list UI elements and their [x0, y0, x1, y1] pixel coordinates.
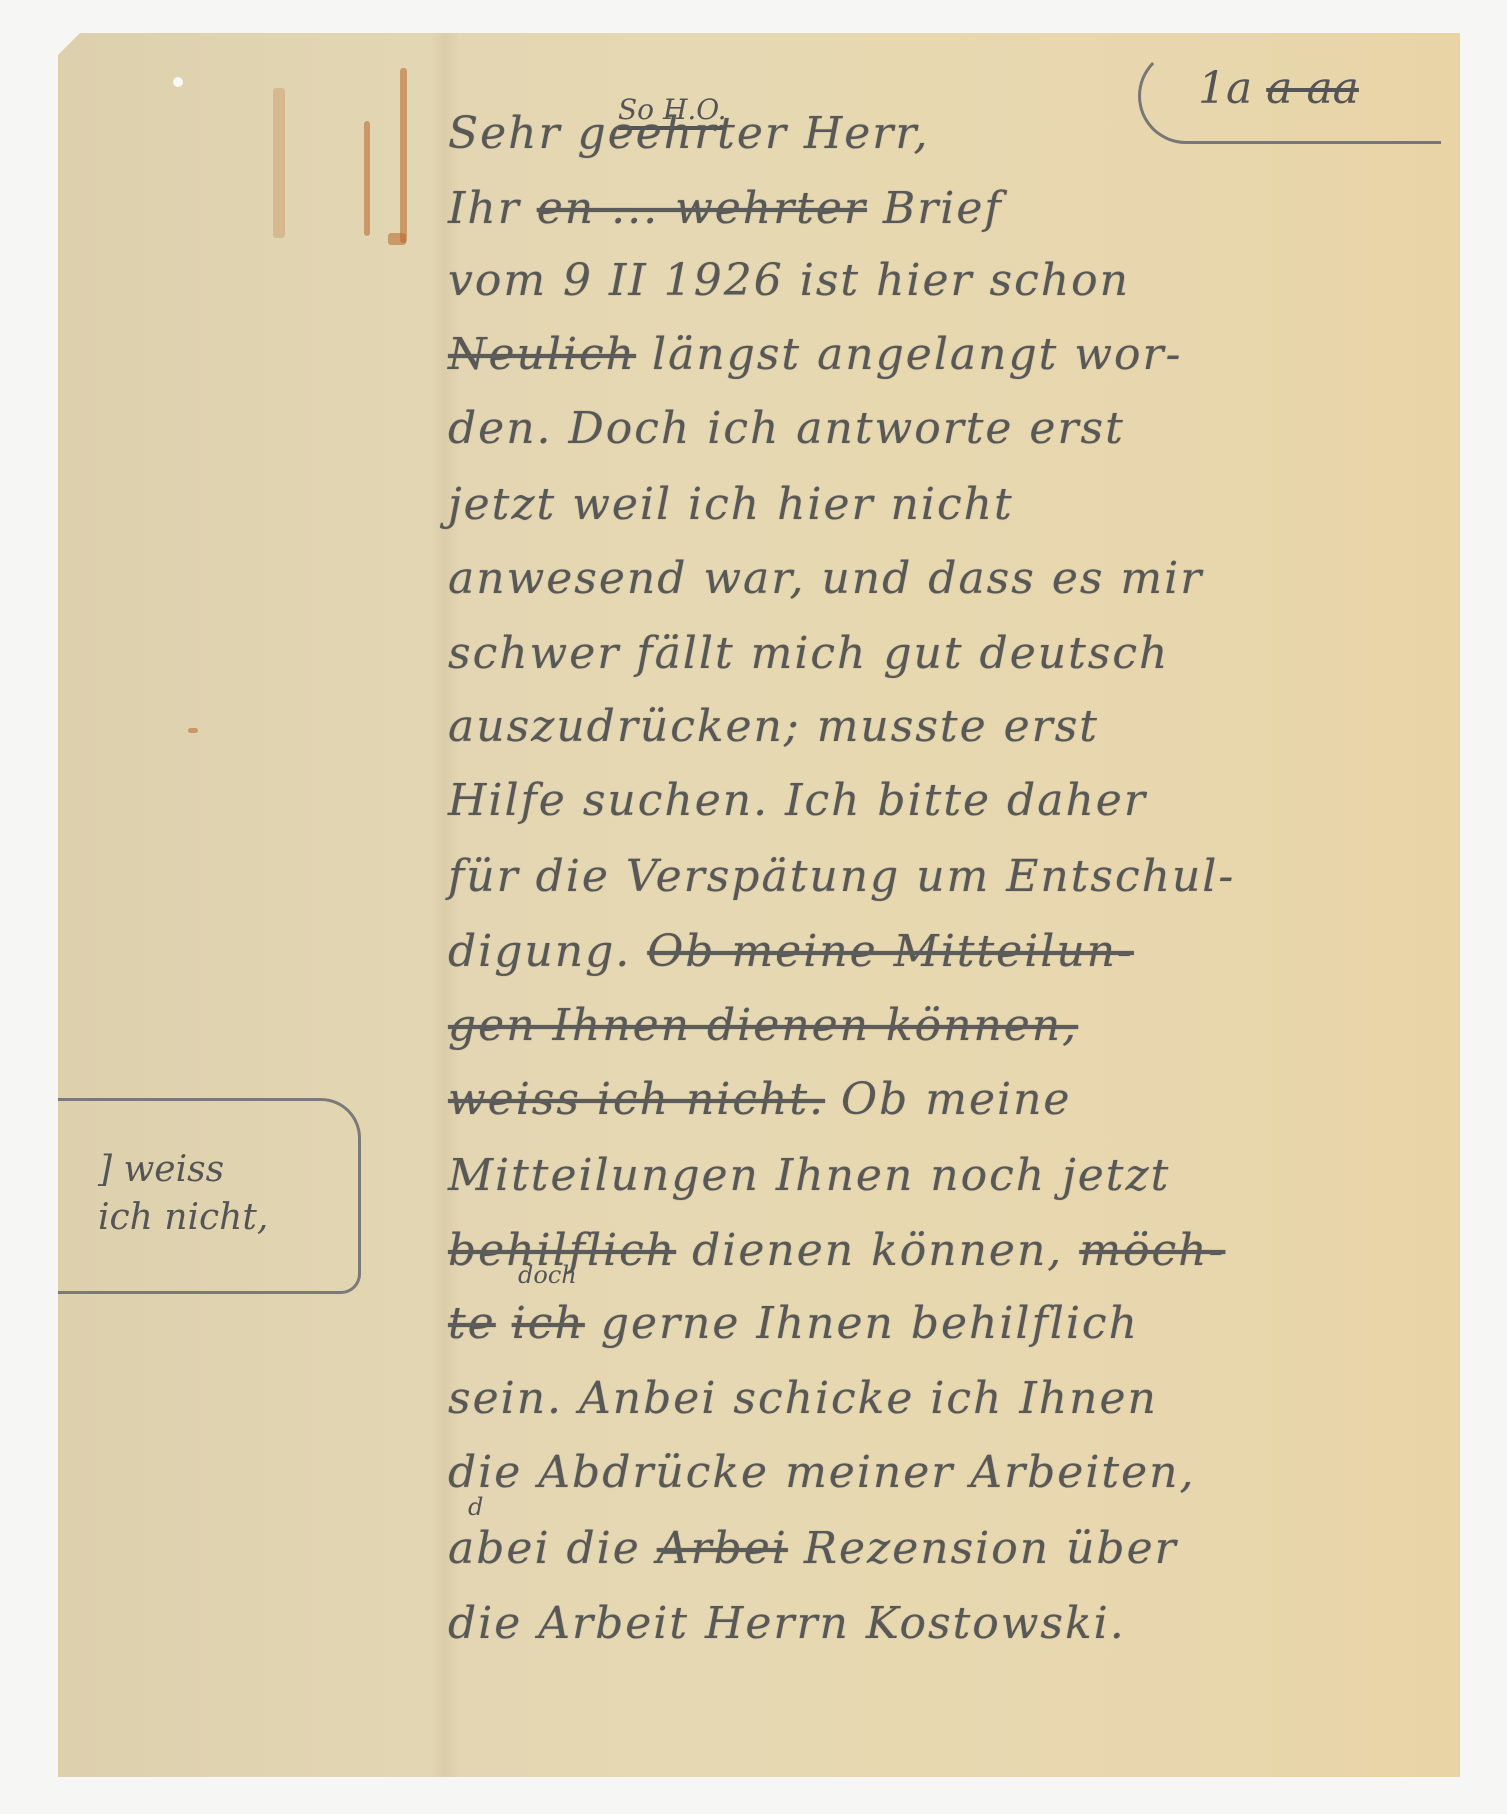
line-text: für die Verspätung um Entschul- [448, 851, 1235, 902]
struck-text: te [448, 1298, 496, 1349]
line-text: Ob meine [841, 1074, 1071, 1125]
punch-hole [173, 77, 183, 87]
line-text: schwer fällt mich gut deutsch [448, 628, 1169, 679]
line-text: auszudrücken; musste erst [448, 701, 1099, 752]
line-text: die Abdrücke meiner Arbeiten, [448, 1447, 1195, 1498]
letter-line: Neulich längst angelangt wor- [448, 329, 1182, 380]
salutation-line: Sehr geehrter Herr, [448, 108, 930, 159]
letter-page: So H.O. 1a a aa ] weiss ich nicht, Sehr … [58, 33, 1460, 1777]
letter-line: jetzt weil ich hier nicht [448, 479, 1014, 530]
margin-note: ] weiss ich nicht, [98, 1146, 268, 1242]
letter-line: den. Doch ich antworte erst [448, 403, 1125, 454]
struck-text: Neulich [448, 329, 636, 380]
line-text: Rezension über [804, 1523, 1178, 1574]
letter-line: für die Verspätung um Entschul- [448, 851, 1235, 902]
margin-note-line-2: ich nicht, [98, 1194, 268, 1242]
struck-text: Ob meine Mitteilun- [647, 926, 1134, 977]
letter-line: digung. Ob meine Mitteilun- [448, 926, 1134, 977]
margin-note-line-1: ] weiss [98, 1146, 268, 1194]
struck-text: en ... wehrter [537, 183, 867, 234]
line-text: vom 9 II 1926 ist hier schon [448, 255, 1130, 306]
letter-line: gen Ihnen dienen können, [448, 1000, 1078, 1051]
letter-body: Sehr geehrter Herr, Ihr en ... wehrter B… [448, 33, 1458, 1777]
letter-line: anwesend war, und dass es mir [448, 553, 1203, 604]
line-text: digung. [448, 926, 631, 977]
letter-line: die Arbeit Herrn Kostowski. [448, 1598, 1126, 1649]
line-text: längst angelangt wor- [652, 329, 1182, 380]
line-text: Ihr [448, 183, 521, 234]
struck-text: ich [512, 1298, 585, 1349]
line-text: den. Doch ich antworte erst [448, 403, 1125, 454]
letter-line: te ich gerne Ihnen behilflich [448, 1298, 1139, 1349]
struck-text: möch- [1079, 1225, 1225, 1276]
line-text: die Arbeit Herrn Kostowski. [448, 1598, 1126, 1649]
letter-line: vom 9 II 1926 ist hier schon [448, 255, 1130, 306]
letter-line: weiss ich nicht. Ob meine [448, 1074, 1071, 1125]
line-text: Hilfe suchen. Ich bitte daher [448, 775, 1147, 826]
line-text: dienen können, [692, 1225, 1063, 1276]
line-text: anwesend war, und dass es mir [448, 553, 1203, 604]
letter-line: abei die Arbei Rezension über [448, 1523, 1178, 1574]
line-text: Mitteilungen Ihnen noch jetzt [448, 1150, 1170, 1201]
rust-stain [388, 233, 406, 245]
letter-line: Ihr en ... wehrter Brief [448, 183, 1003, 234]
struck-text: weiss ich nicht. [448, 1074, 825, 1125]
rust-stain [400, 68, 407, 243]
line-text: sein. Anbei schicke ich Ihnen [448, 1373, 1158, 1424]
inserted-word: doch [518, 1261, 577, 1289]
letter-line: die Abdrücke meiner Arbeiten, [448, 1447, 1195, 1498]
margin-note-box: ] weiss ich nicht, [58, 1098, 361, 1294]
line-text: abei die [448, 1523, 641, 1574]
letter-line: auszudrücken; musste erst [448, 701, 1099, 752]
letter-line: Hilfe suchen. Ich bitte daher [448, 775, 1147, 826]
line-text: gerne Ihnen behilflich [601, 1298, 1139, 1349]
struck-text: Arbei [657, 1523, 788, 1574]
line-text: Brief [883, 183, 1003, 234]
line-text: jetzt weil ich hier nicht [448, 479, 1014, 530]
inserted-letter: d [468, 1493, 483, 1521]
struck-text: gen Ihnen dienen können, [448, 1000, 1078, 1051]
letter-line: sein. Anbei schicke ich Ihnen [448, 1373, 1158, 1424]
letter-line: schwer fällt mich gut deutsch [448, 628, 1169, 679]
letter-line: Mitteilungen Ihnen noch jetzt [448, 1150, 1170, 1201]
line-text: Sehr geehrter Herr, [448, 108, 930, 159]
rust-stain [188, 728, 198, 733]
rust-stain [273, 88, 285, 238]
rust-stain [364, 121, 370, 236]
